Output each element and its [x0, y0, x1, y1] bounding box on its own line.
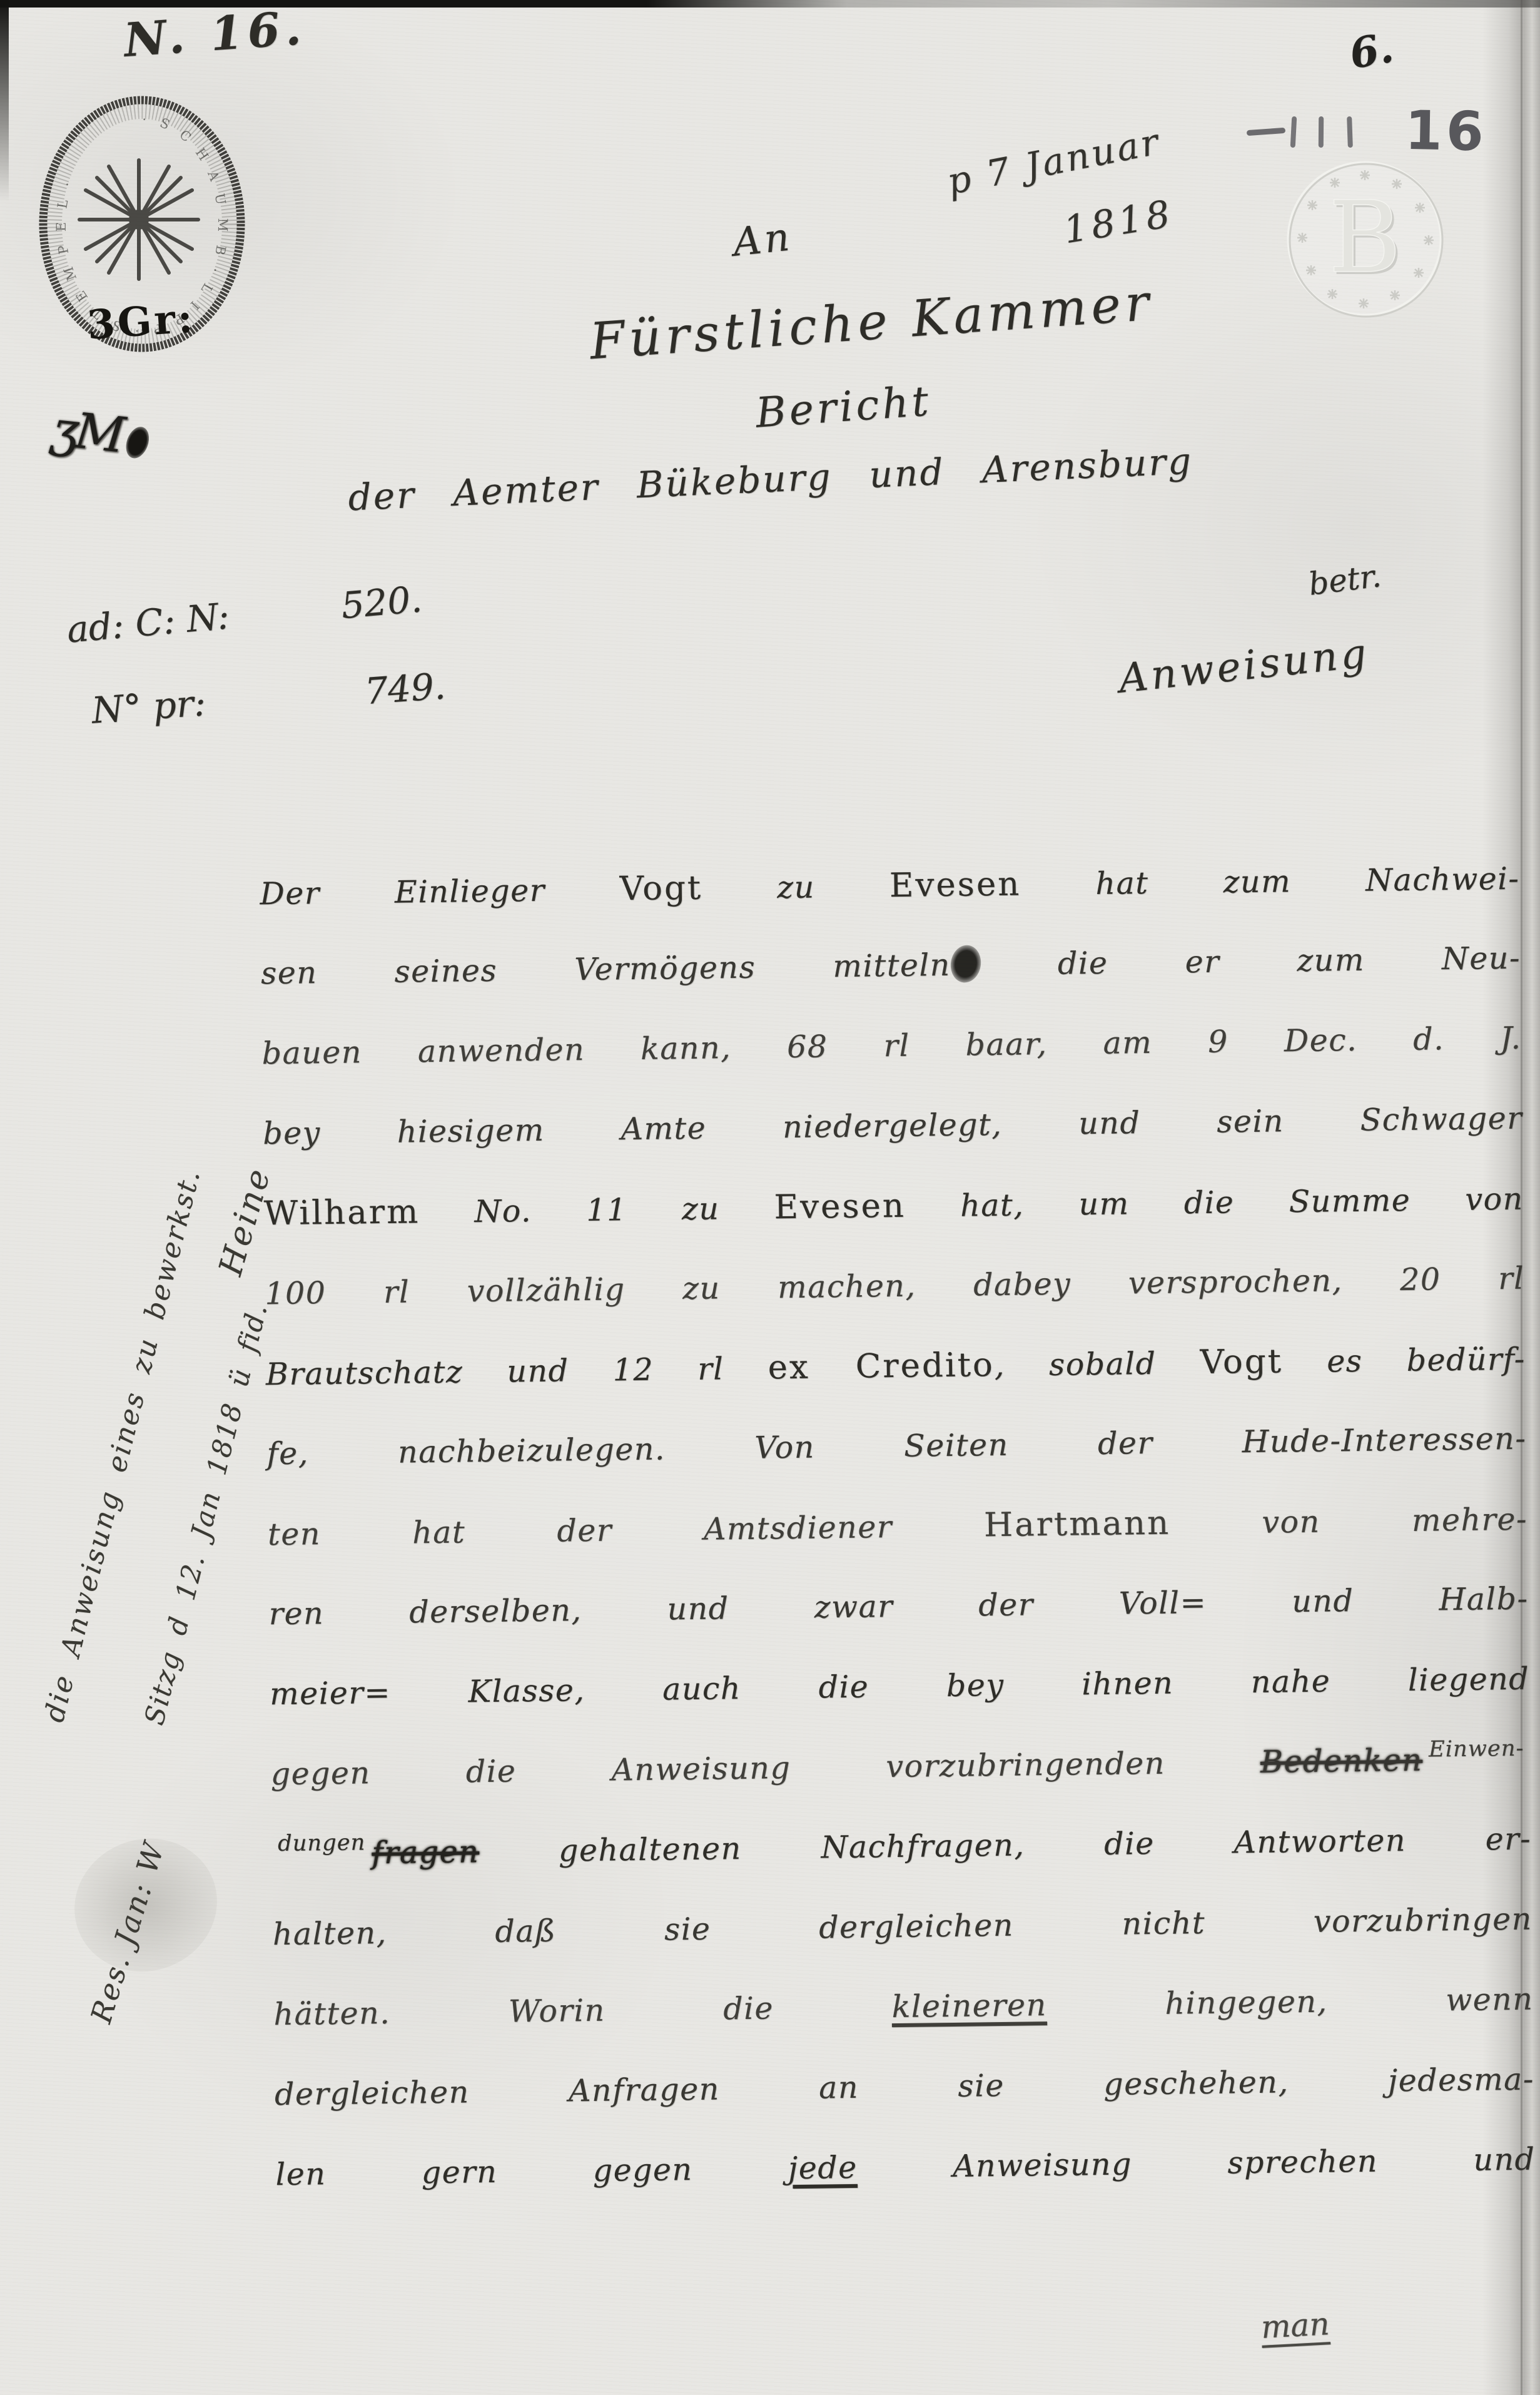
text-run: hat zum Nachwei-	[1021, 861, 1520, 903]
body-line: bauen anwenden kann, 68 rl baar, am 9 De…	[261, 999, 1522, 1094]
text-run: meier= Klasse, auch die bey ihnen nahe l…	[270, 1661, 1530, 1712]
subject-label: betr.	[1307, 557, 1383, 603]
manuscript-page: N. 16. 6. 16 p 7 Januar 1818 · S C H A U…	[0, 0, 1540, 2395]
proper-name: Evesen	[889, 865, 1021, 905]
stamp-sunburst-star-icon	[79, 160, 198, 279]
registry-pr-value: 749.	[363, 664, 447, 713]
struck-word: fragen	[372, 1834, 479, 1871]
body-line: bey hiesigem Amte niedergelegt, und sein…	[262, 1079, 1522, 1174]
seal-letter: B	[1329, 180, 1401, 295]
body-line: halten, daß sie dergleichen nicht vorzub…	[272, 1879, 1532, 1975]
registry-pr-label: N° pr:	[90, 681, 207, 732]
body-line: ren derselben, und zwar der Voll= und Ha…	[268, 1559, 1529, 1655]
text-run: , sobald	[994, 1345, 1200, 1383]
subject-text: Anweisung	[1117, 630, 1371, 703]
text-run: von mehre-	[1170, 1502, 1528, 1542]
body-line: Brautschatz und 12 rl ex Credito, sobald…	[265, 1319, 1526, 1415]
inserted-correction: dungen	[278, 1830, 366, 1857]
text-run: fe, nachbeizulegen. Von Seiten der Hude-…	[266, 1421, 1527, 1472]
body-line: dungenfragen gehaltenen Nachfragen, die …	[271, 1799, 1532, 1895]
text-run: gehaltenen Nachfragen, die Antworten er-	[479, 1821, 1532, 1870]
text-run: Anweisung sprechen und	[857, 2142, 1535, 2185]
text-run: zu	[702, 868, 889, 907]
body-line: len gern gegen jede Anweisung sprechen u…	[275, 2120, 1536, 2215]
body-line: dergleichen Anfragen an sie geschehen, j…	[274, 2040, 1534, 2135]
body-line: fe, nachbeizulegen. Von Seiten der Hude-…	[266, 1399, 1527, 1495]
address-to: An	[731, 213, 794, 265]
body-line: ten hat der Amtsdiener Hartmann von mehr…	[267, 1479, 1527, 1575]
presentation-date: p 7 Januar	[944, 120, 1164, 203]
body-line: gegen die Anweisung vorzubringenden Bede…	[270, 1719, 1531, 1815]
proper-name: Evesen	[774, 1187, 906, 1227]
proper-name: Vogt	[1200, 1342, 1283, 1381]
text-run: Der Einlieger	[260, 872, 620, 912]
proper-name: Hartmann	[984, 1504, 1171, 1545]
registry-pr-number: N° pr: 749.	[90, 664, 447, 731]
registry-ink-mark-text: ʒM	[49, 400, 124, 464]
body-line: meier= Klasse, auch die bey ihnen nahe l…	[269, 1639, 1529, 1735]
body-line: Der Einlieger Vogt zu Evesen hat zum Nac…	[260, 838, 1520, 934]
text-run: bauen anwenden kann, 68 rl baar, am 9 De…	[261, 1020, 1522, 1072]
text-run: ten hat der Amtsdiener	[268, 1508, 985, 1552]
ink-blob	[122, 424, 153, 461]
body-line: sen seines Vermögens mitteln die er zum …	[260, 918, 1521, 1014]
text-run: es bedürf-	[1283, 1341, 1526, 1380]
text-run: ren derselben, und zwar der Voll= und Ha…	[268, 1581, 1529, 1632]
revenue-stamp: · S C H A U M B · L I P P · S T E M P E …	[28, 85, 260, 368]
text-run: bey hiesigem Amte niedergelegt, und sein…	[263, 1101, 1523, 1152]
pencil-tally-mark	[1347, 116, 1353, 148]
underlined-word: jede	[788, 2150, 858, 2186]
embossed-seal: B B	[1277, 151, 1452, 327]
text-run: len gern gegen	[275, 2150, 788, 2192]
address-sender: der Aemter Bükeburg und Arensburg	[347, 440, 1193, 519]
address-recipient: Fürstliche Kammer	[588, 273, 1155, 371]
text-run: halten, daß sie dergleichen nicht vorzub…	[273, 1901, 1533, 1953]
body-text: Der Einlieger Vogt zu Evesen hat zum Nac…	[260, 838, 1536, 2215]
proper-name: ex Credito	[767, 1346, 995, 1386]
proper-name: Vogt	[619, 869, 702, 908]
body-line: Wilharm No. 11 zu Evesen hat, um die Sum…	[263, 1159, 1524, 1254]
registry-ad-number: ad: C: N: 520.	[65, 577, 423, 651]
text-run: sen seines Vermögens mitteln	[261, 947, 951, 991]
ink-blot	[948, 943, 983, 985]
text-run: No. 11 zu	[420, 1190, 774, 1230]
text-run: die er zum Neu-	[980, 940, 1521, 983]
presentation-date-year: 1818	[1061, 192, 1177, 253]
text-run: gegen die Anweisung vorzubringenden	[270, 1744, 1260, 1792]
struck-word: Bedenken	[1260, 1742, 1423, 1780]
text-run: hätten. Worin die	[273, 1989, 892, 2032]
registry-ad-label: ad: C: N:	[65, 594, 231, 651]
proper-name: Wilharm	[263, 1192, 420, 1233]
text-run: 100 rl vollzählig zu machen, dabey versp…	[265, 1261, 1525, 1312]
text-run: hat, um die Summe von	[906, 1181, 1524, 1224]
body-line: 100 rl vollzählig zu machen, dabey versp…	[265, 1239, 1525, 1335]
catchword: man	[1260, 2306, 1330, 2346]
pencil-tally-mark	[1290, 116, 1297, 148]
pencil-tally-mark	[1319, 116, 1324, 148]
document-number: N. 16.	[122, 1, 307, 68]
registry-ad-value: 520.	[340, 577, 424, 627]
underlined-word: kleineren	[891, 1987, 1047, 2025]
inserted-correction: Einwen-	[1429, 1736, 1524, 1762]
pencil-dash-mark	[1247, 128, 1285, 136]
text-run: Brautschatz und 12 rl	[266, 1351, 768, 1393]
body-line: hätten. Worin die kleineren hingegen, we…	[273, 1960, 1534, 2055]
corner-number: 6.	[1346, 23, 1397, 79]
registry-ink-mark: ʒM	[49, 400, 151, 467]
text-run: dergleichen Anfragen an sie geschehen, j…	[275, 2062, 1535, 2113]
document-type: Bericht	[754, 377, 933, 437]
page-edge-left-binding	[0, 0, 9, 213]
text-run: hingegen, wenn	[1046, 1981, 1533, 2023]
stamp-denomination: 3Gr:	[86, 295, 196, 349]
